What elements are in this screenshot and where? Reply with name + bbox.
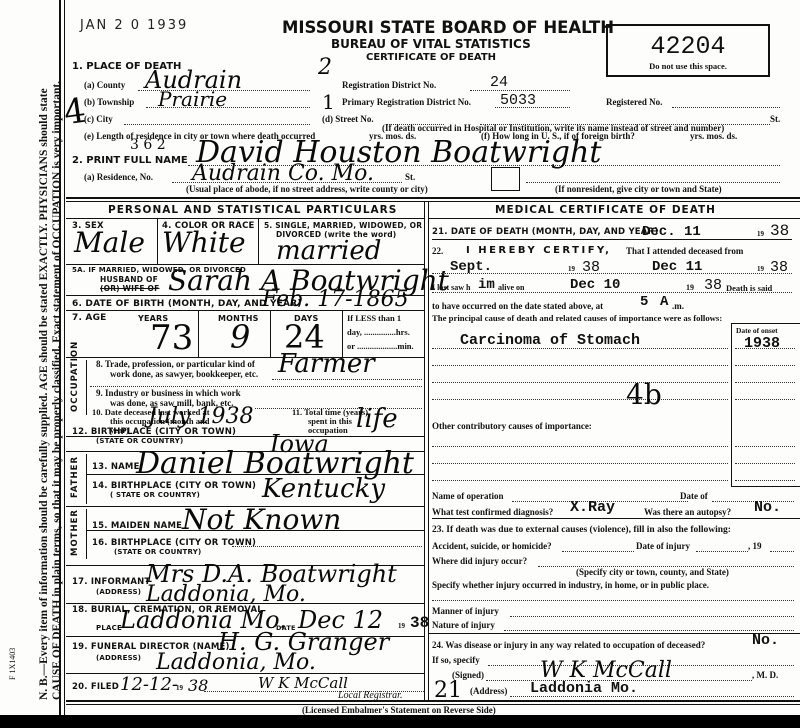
birthplace-label-2: (STATE OR COUNTRY)	[96, 437, 183, 445]
name-margin-note: 3 6 2	[130, 137, 166, 153]
form-title: CERTIFICATE OF DEATH	[366, 52, 496, 63]
attended-from-value: Sept.	[450, 259, 492, 275]
last-saw-pronoun: im	[478, 277, 495, 293]
external-causes-label: 23. If death was due to external causes …	[432, 525, 731, 535]
filed-value: 12-12-	[120, 674, 178, 695]
age-months-value: 9	[230, 318, 250, 356]
primary-registration-value: 5033	[500, 92, 536, 109]
attended-to-year-prefix: 19	[757, 265, 764, 273]
occurred-label: to have occurred on the date stated abov…	[432, 301, 603, 311]
primary-registration-label: Primary Registration District No.	[342, 97, 471, 107]
nature-of-injury-field	[504, 630, 794, 631]
total-time-value: life	[356, 404, 398, 434]
left-border-rule-inner	[64, 0, 65, 715]
document-title: MISSOURI STATE BOARD OF HEALTH	[282, 18, 614, 37]
last-saw-date: Dec 10	[570, 277, 620, 293]
file-number-box: 42204 Do not use this space.	[606, 24, 770, 77]
age-years-value: 73	[150, 318, 193, 358]
marital-status-value: married	[276, 236, 381, 266]
file-number-note: Do not use this space.	[608, 61, 768, 71]
occurred-suffix: .m.	[672, 301, 684, 311]
birthplace-label-1: 12. BIRTHPLACE (CITY OR TOWN)	[72, 427, 236, 437]
mother-side-label: MOTHER	[70, 509, 80, 556]
filed-label: 20. FILED	[72, 682, 119, 692]
occupation-related-label: 24. Was disease or injury in any way rel…	[432, 640, 705, 650]
cause-of-death-value: Carcinoma of Stomach	[460, 332, 640, 349]
occupation-related-value: No.	[752, 632, 779, 649]
industry-place-label: Specify whether injury occurred in indus…	[432, 580, 709, 590]
funeral-address-value: Laddonia, Mo.	[156, 650, 316, 675]
mother-birthplace-field	[232, 546, 422, 547]
test-confirmed-label: What test confirmed diagnosis?	[432, 507, 553, 517]
trade-label-1: 8. Trade, profession, or particular kind…	[96, 359, 255, 369]
filed-year-prefix: 19	[176, 684, 183, 692]
instruction-line-1: N. B.—Every item of information should b…	[38, 81, 51, 700]
autopsy-label: Was there an autopsy?	[644, 507, 731, 517]
age-label: 7. AGE	[72, 313, 107, 323]
father-birthplace-value: Kentucky	[262, 474, 385, 504]
city-label: (c) City	[84, 114, 113, 124]
street-label: (d) Street No.	[322, 114, 374, 124]
injury-year-prefix: , 19	[748, 541, 762, 551]
other-causes-label: Other contributory causes of importance:	[432, 421, 592, 431]
burial-year-prefix: 19	[398, 622, 405, 630]
residence-label: (a) Residence, No.	[84, 172, 153, 182]
less-than-label: If LESS than 1	[347, 313, 401, 323]
last-saw-year-prefix: 19	[686, 283, 694, 292]
certify-text: That I attended deceased from	[626, 246, 743, 256]
file-number: 42204	[608, 32, 768, 61]
attended-from-year-prefix: 19	[568, 265, 575, 273]
instruction-line-2: CAUSE OF DEATH in plain terms, so that i…	[51, 81, 64, 700]
manner-of-injury-field	[510, 616, 794, 617]
date-of-birth-value: Feb. 17-1865	[262, 287, 409, 312]
date-of-death-label: 21. DATE OF DEATH (MONTH, DAY, AND YEAR)	[432, 227, 658, 237]
industry-label-1: 9. Industry or business in which work	[96, 388, 241, 398]
certify-number: 22.	[432, 246, 443, 256]
registrar-signature: W K McCall	[258, 674, 348, 692]
operation-label: Name of operation	[432, 491, 504, 501]
where-injury-note: (Specify city or town, county, and State…	[576, 567, 729, 577]
informant-label: 17. INFORMANT	[72, 577, 150, 587]
full-name-label: 2. PRINT FULL NAME	[72, 155, 188, 166]
bureau-title: BUREAU OF VITAL STATISTICS	[331, 37, 531, 51]
date-of-death-value: Dec. 11	[642, 224, 701, 240]
residence-value: Audrain Co. Mo.	[192, 161, 374, 186]
medical-section-title: MEDICAL CERTIFICATE OF DEATH	[495, 204, 716, 216]
personal-section-title: PERSONAL AND STATISTICAL PARTICULARS	[108, 204, 397, 216]
attended-to-value: Dec 11	[652, 259, 702, 275]
occurred-ampm: A	[660, 294, 668, 310]
funeral-address-label: (ADDRESS)	[96, 654, 141, 662]
township-value: Prairie	[158, 87, 227, 111]
certify-label: I HEREBY CERTIFY,	[466, 245, 611, 256]
principal-cause-label: The principal cause of death and related…	[432, 313, 722, 323]
last-saw-year: 38	[704, 277, 722, 294]
burial-year-value: 38	[410, 614, 429, 632]
nonresident-note: (If nonresident, give city or town and S…	[555, 184, 722, 194]
onset-value: 1938	[744, 335, 780, 352]
residence-note: (Usual place of abode, if no street addr…	[186, 184, 428, 194]
death-said-label: Death is said	[726, 283, 772, 293]
injury-date-label: Date of injury	[636, 541, 690, 551]
county-mark: 2	[318, 55, 332, 80]
burial-place-label: PLACE	[96, 624, 122, 632]
occurred-time: 5	[640, 294, 648, 310]
street-suffix: St.	[770, 114, 780, 124]
township-mark: 1	[322, 90, 335, 114]
residence-checkbox	[491, 167, 520, 191]
onset-box: Date of onset 1938	[731, 323, 800, 414]
autopsy-value: No.	[754, 499, 781, 516]
less-than-day-label: day, ...............hrs.	[347, 327, 410, 337]
trade-label-2: work done, as sawyer, bookkeeper, etc.	[110, 369, 258, 379]
dod-year-prefix: 19	[757, 230, 764, 238]
embalmer-note: (Licensed Embalmer's Statement on Revers…	[302, 705, 496, 715]
death-certificate: N. B.—Every item of information should b…	[0, 0, 800, 715]
form-code: F 1X1403	[8, 648, 17, 680]
marital-status-label-1: 5. SINGLE, MARRIED, WIDOWED, OR	[264, 221, 422, 230]
mother-birthplace-label-2: (STATE OR COUNTRY)	[114, 548, 201, 556]
last-worked-value: July 1938	[148, 404, 253, 429]
left-border-rule	[59, 0, 61, 715]
accident-label: Accident, suicide, or homicide?	[432, 541, 552, 551]
dod-year-value: 38	[770, 222, 789, 240]
physician-address-value: Laddonia Mo.	[530, 680, 638, 697]
mother-maiden-name-value: Not Known	[182, 503, 341, 536]
last-saw-label: I last saw h	[432, 283, 470, 292]
foreign-birth-units: yrs. mos. ds.	[690, 131, 737, 141]
address-label: (Address)	[470, 686, 507, 696]
city-field	[124, 124, 310, 125]
color-race-value: White	[162, 226, 246, 259]
if-so-specify-label: If so, specify	[432, 655, 480, 665]
informant-address-label: (ADDRESS)	[96, 588, 141, 596]
township-label: (b) Township	[84, 97, 134, 107]
registered-no-label: Registered No.	[606, 97, 662, 107]
cause-handwritten-code: 4b	[626, 378, 662, 411]
registration-district-label: Registration District No.	[342, 80, 436, 90]
residence-st-label: St.	[405, 172, 415, 182]
filed-year-value: 38	[188, 676, 208, 695]
received-stamp: JAN 2 0 1939	[80, 18, 188, 33]
manner-of-injury-label: Manner of injury	[432, 606, 499, 616]
trade-value: Farmer	[278, 349, 375, 379]
onset-label: Date of onset	[736, 326, 778, 335]
occupation-side-label: OCCUPATION	[70, 341, 80, 412]
nature-of-injury-label: Nature of injury	[432, 620, 495, 630]
where-injury-label: Where did injury occur?	[432, 556, 527, 566]
registered-no-field	[672, 107, 780, 108]
operation-date-label: Date of	[680, 491, 708, 501]
father-name-label: 13. NAME	[92, 462, 140, 472]
alive-on-label: alive on	[498, 283, 524, 292]
md-label: , M. D.	[752, 670, 778, 680]
father-side-label: FATHER	[70, 456, 80, 498]
attended-from-year: 38	[582, 259, 600, 276]
spouse-label-2: HUSBAND OF	[100, 275, 158, 284]
attended-to-year: 38	[770, 259, 788, 276]
father-birthplace-label-1: 14. BIRTHPLACE (CITY OR TOWN)	[92, 481, 256, 491]
county-label: (a) County	[84, 80, 125, 90]
test-confirmed-value: X.Ray	[570, 499, 615, 516]
registration-district-value: 24	[490, 74, 508, 91]
spouse-label-3: (OR) WIFE OF	[100, 284, 159, 293]
father-birthplace-label-2: ( STATE OR COUNTRY)	[110, 491, 200, 499]
sex-value: Male	[74, 226, 145, 259]
